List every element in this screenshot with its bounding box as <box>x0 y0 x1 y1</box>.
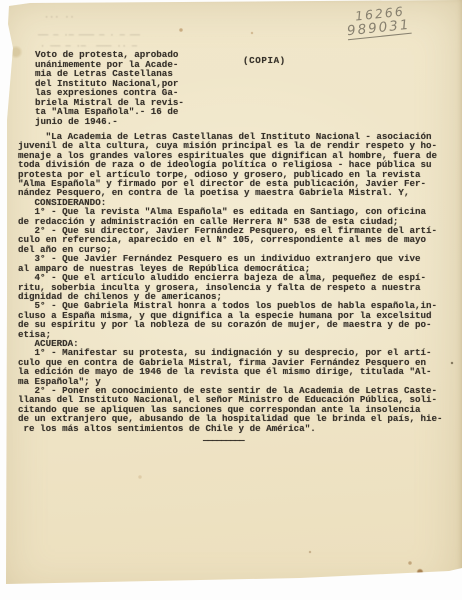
end-separator-line: ————————— <box>203 435 244 446</box>
document-body-text: "La Academia de Letras Castellanas del I… <box>18 132 443 433</box>
erased-typewriter-marks: —— — ·— ——— — · — —— <box>38 30 140 40</box>
scanned-document-page: ··· ·· —— — ·— ——— — · — —— · —— — ·— ——… <box>0 0 462 600</box>
protest-vote-summary: Voto de protesta, aprobado unánimemente … <box>35 50 184 126</box>
copy-label: (COPIA) <box>243 55 286 66</box>
erased-typewriter-marks: ··· ·· <box>44 12 75 22</box>
